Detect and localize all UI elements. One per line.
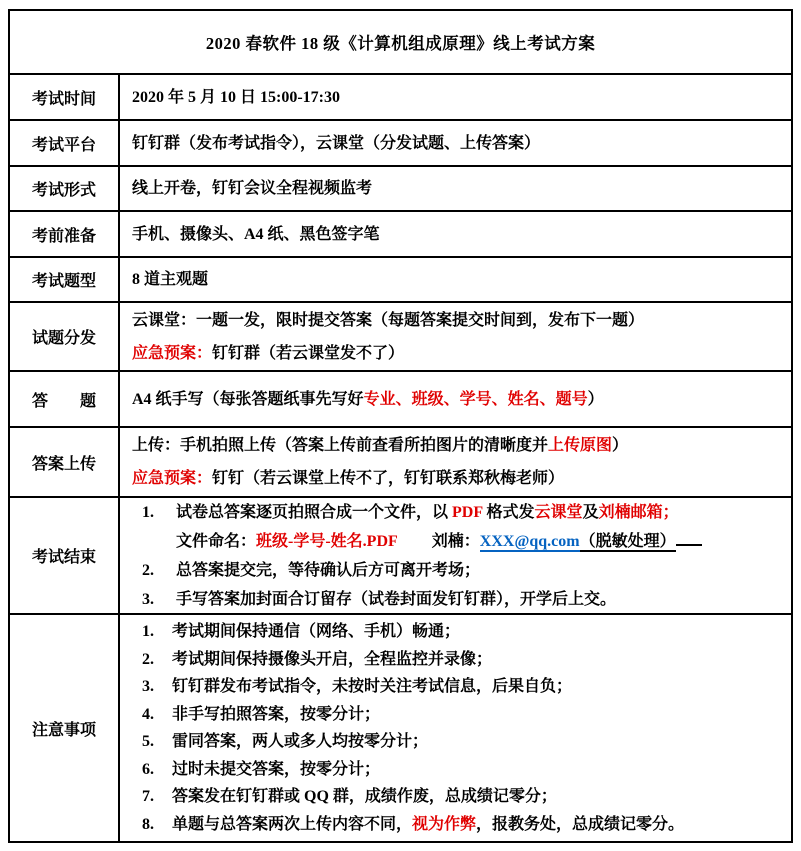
exam-end-item2: 2. 总答案提交完，等待确认后方可离开考场； [132, 556, 783, 585]
exam-end-item3: 3. 手写答案加封面合订留存（试卷封面发钉钉群），开学后上交。 [132, 585, 783, 614]
answering-cell: A4 纸手写（每张答题纸事先写好专业、班级、学号、姓名、题号） [120, 372, 791, 426]
preparation-value: 手机、摄像头、A4 纸、黑色签字笔 [132, 218, 783, 251]
note-3-text: 钉钉群发布考试指令，未按时关注考试信息，后果自负； [172, 673, 572, 701]
row-label-preparation: 考前准备 [10, 212, 120, 256]
row-answering: 答 题 A4 纸手写（每张答题纸事先写好专业、班级、学号、姓名、题号） [10, 372, 791, 428]
note-item-1: 1. 考试期间保持通信（网络、手机）畅通； [132, 618, 783, 646]
title-row: 2020 春软件 18 级《计算机组成原理》线上考试方案 [10, 11, 791, 75]
row-exam-format: 考试形式 线上开卷，钉钉会议全程视频监考 [10, 167, 791, 212]
row-exam-end: 考试结束 1. 试卷总答案逐页拍照合成一个文件，以 PDF 格式发云课堂及刘楠邮… [10, 498, 791, 615]
exam-end-item1-number: 1. [142, 498, 176, 527]
row-label-exam-end: 考试结束 [10, 498, 120, 613]
contingency-plan-label: 应急预案： [132, 345, 212, 362]
item1-pdf-format: PDF [452, 504, 487, 521]
note-6-text: 过时未提交答案，按零分计； [172, 756, 380, 784]
answering-required-fields: 专业、班级、学号、姓名、题号 [364, 391, 588, 408]
note-8-cheating-emphasis: 视为作弊 [412, 816, 476, 833]
note-8-pre: 单题与总答案两次上传内容不同， [172, 816, 412, 833]
answering-post: ） [588, 391, 604, 408]
row-label-exam-format: 考试形式 [10, 167, 120, 210]
email-note: （脱敏处理） [580, 533, 676, 552]
exam-end-item3-text: 手写答案加封面合订留存（试卷封面发钉钉群），开学后上交。 [176, 585, 616, 614]
item1-mailbox: 刘楠邮箱； [599, 504, 679, 521]
row-preparation: 考前准备 手机、摄像头、A4 纸、黑色签字笔 [10, 212, 791, 258]
exam-format-cell: 线上开卷，钉钉会议全程视频监考 [120, 167, 791, 210]
note-8-post: ，报教务处，总成绩记零分。 [476, 816, 684, 833]
exam-platform-value: 钉钉群（发布考试指令），云课堂（分发试题、上传答案） [132, 127, 783, 160]
row-notes: 注意事项 1. 考试期间保持通信（网络、手机）畅通； 2. 考试期间保持摄像头开… [10, 615, 791, 841]
exam-end-item3-number: 3. [142, 585, 176, 614]
note-item-7: 7. 答案发在钉钉群或 QQ 群，成绩作废，总成绩记零分； [132, 783, 783, 811]
note-4-number: 4. [142, 701, 172, 729]
email-link[interactable]: XXX@qq.com [480, 533, 580, 552]
row-label-answering: 答 题 [10, 372, 120, 426]
row-exam-platform: 考试平台 钉钉群（发布考试指令），云课堂（分发试题、上传答案） [10, 121, 791, 167]
note-5-number: 5. [142, 728, 172, 756]
note-item-5: 5. 雷同答案，两人或多人均按零分计； [132, 728, 783, 756]
upload-original-emphasis: 上传原图 [548, 437, 612, 454]
note-7-number: 7. [142, 783, 172, 811]
underline-extension [676, 542, 702, 546]
note-item-4: 4. 非手写拍照答案，按零分计； [132, 701, 783, 729]
preparation-cell: 手机、摄像头、A4 纸、黑色签字笔 [120, 212, 791, 256]
item1-cloud-classroom: 云课堂 [535, 504, 583, 521]
note-1-number: 1. [142, 618, 172, 646]
contact-name: 刘楠： [432, 533, 480, 550]
upload-line1: 上传：手机拍照上传（答案上传前查看所拍图片的清晰度并上传原图） [132, 429, 783, 462]
item1-mid: 格式发 [487, 504, 535, 521]
notes-cell: 1. 考试期间保持通信（网络、手机）畅通； 2. 考试期间保持摄像头开启，全程监… [120, 615, 791, 841]
note-3-number: 3. [142, 673, 172, 701]
note-5-text: 雷同答案，两人或多人均按零分计； [172, 728, 428, 756]
exam-end-item2-number: 2. [142, 556, 176, 585]
question-type-value: 8 道主观题 [132, 263, 783, 296]
exam-end-item1-text: 试卷总答案逐页拍照合成一个文件，以 PDF 格式发云课堂及刘楠邮箱； [176, 498, 679, 527]
distribution-line1: 云课堂：一题一发，限时提交答案（每题答案提交时间到，发布下一题） [132, 304, 783, 337]
exam-time-cell: 2020 年 5 月 10 日 15:00-17:30 [120, 75, 791, 119]
exam-platform-cell: 钉钉群（发布考试指令），云课堂（分发试题、上传答案） [120, 121, 791, 165]
exam-end-item1-line1: 1. 试卷总答案逐页拍照合成一个文件，以 PDF 格式发云课堂及刘楠邮箱； [132, 498, 783, 527]
upload-contingency-text: 钉钉（若云课堂上传不了，钉钉联系郑秋梅老师） [212, 470, 564, 487]
upload-line1-post: ） [612, 437, 628, 454]
answering-value: A4 纸手写（每张答题纸事先写好专业、班级、学号、姓名、题号） [132, 383, 783, 416]
row-label-exam-platform: 考试平台 [10, 121, 120, 165]
note-item-8: 8. 单题与总答案两次上传内容不同，视为作弊，报教务处，总成绩记零分。 [132, 811, 783, 839]
answering-pre: A4 纸手写（每张答题纸事先写好 [132, 391, 364, 408]
page-title: 2020 春软件 18 级《计算机组成原理》线上考试方案 [10, 11, 791, 73]
note-8-text: 单题与总答案两次上传内容不同，视为作弊，报教务处，总成绩记零分。 [172, 811, 684, 839]
note-8-number: 8. [142, 811, 172, 839]
upload-line2: 应急预案：钉钉（若云课堂上传不了，钉钉联系郑秋梅老师） [132, 462, 783, 495]
item1-pre: 试卷总答案逐页拍照合成一个文件，以 [176, 504, 452, 521]
note-4-text: 非手写拍照答案，按零分计； [172, 701, 380, 729]
note-1-text: 考试期间保持通信（网络、手机）畅通； [172, 618, 460, 646]
row-label-question-type: 考试题型 [10, 258, 120, 301]
upload-contingency-label: 应急预案： [132, 470, 212, 487]
file-naming-pattern: 班级-学号-姓名.PDF [256, 533, 398, 550]
note-6-number: 6. [142, 756, 172, 784]
note-item-3: 3. 钉钉群发布考试指令，未按时关注考试信息，后果自负； [132, 673, 783, 701]
contingency-plan-text: 钉钉群（若云课堂发不了） [212, 345, 404, 362]
upload-line1-pre: 上传：手机拍照上传（答案上传前查看所拍图片的清晰度并 [132, 437, 548, 454]
exam-end-cell: 1. 试卷总答案逐页拍照合成一个文件，以 PDF 格式发云课堂及刘楠邮箱； 文件… [120, 498, 791, 613]
exam-format-value: 线上开卷，钉钉会议全程视频监考 [132, 172, 783, 205]
answer-upload-cell: 上传：手机拍照上传（答案上传前查看所拍图片的清晰度并上传原图） 应急预案：钉钉（… [120, 428, 791, 496]
exam-end-item1-line2: 文件命名：班级-学号-姓名.PDF刘楠：XXX@qq.com（脱敏处理） [132, 527, 783, 556]
row-label-answer-upload: 答案上传 [10, 428, 120, 496]
exam-time-value: 2020 年 5 月 10 日 15:00-17:30 [132, 81, 783, 114]
row-label-distribution: 试题分发 [10, 303, 120, 370]
exam-end-item2-text: 总答案提交完，等待确认后方可离开考场； [176, 556, 480, 585]
note-item-2: 2. 考试期间保持摄像头开启，全程监控并录像； [132, 646, 783, 674]
distribution-cell: 云课堂：一题一发，限时提交答案（每题答案提交时间到，发布下一题） 应急预案：钉钉… [120, 303, 791, 370]
row-exam-time: 考试时间 2020 年 5 月 10 日 15:00-17:30 [10, 75, 791, 121]
row-question-type: 考试题型 8 道主观题 [10, 258, 791, 303]
question-type-cell: 8 道主观题 [120, 258, 791, 301]
note-item-6: 6. 过时未提交答案，按零分计； [132, 756, 783, 784]
note-2-text: 考试期间保持摄像头开启，全程监控并录像； [172, 646, 492, 674]
row-answer-upload: 答案上传 上传：手机拍照上传（答案上传前查看所拍图片的清晰度并上传原图） 应急预… [10, 428, 791, 498]
note-2-number: 2. [142, 646, 172, 674]
row-label-exam-time: 考试时间 [10, 75, 120, 119]
answering-label-text: 答 题 [32, 388, 96, 411]
item1-and: 及 [583, 504, 599, 521]
distribution-line2: 应急预案：钉钉群（若云课堂发不了） [132, 337, 783, 370]
row-label-notes: 注意事项 [10, 615, 120, 841]
file-naming-label: 文件命名： [176, 533, 256, 550]
row-distribution: 试题分发 云课堂：一题一发，限时提交答案（每题答案提交时间到，发布下一题） 应急… [10, 303, 791, 372]
note-7-text: 答案发在钉钉群或 QQ 群，成绩作废，总成绩记零分； [172, 783, 557, 811]
exam-plan-table: 2020 春软件 18 级《计算机组成原理》线上考试方案 考试时间 2020 年… [8, 9, 793, 843]
